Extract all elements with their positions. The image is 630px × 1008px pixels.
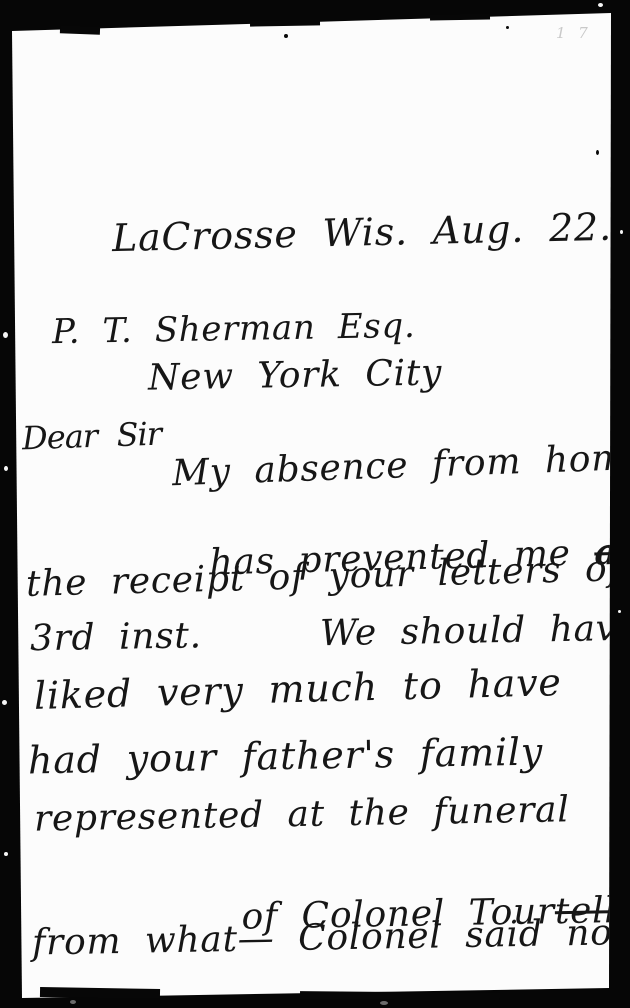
dust-speck bbox=[380, 1001, 388, 1005]
dust-speck bbox=[70, 1000, 76, 1004]
salutation: Dear Sir bbox=[21, 418, 161, 455]
torn-edge-chip bbox=[430, 13, 490, 20]
dust-speck bbox=[596, 150, 599, 155]
border-speck bbox=[3, 332, 8, 338]
border-speck bbox=[618, 610, 621, 613]
body-line-9: from what— Colonel said not— bbox=[32, 914, 630, 961]
dust-speck bbox=[506, 26, 509, 29]
letter-paper: 1 7 LaCrosse Wis. Aug. 22. 1891 P. T. Sh… bbox=[0, 0, 630, 1008]
dust-speck bbox=[284, 34, 288, 38]
handwriting-layer: LaCrosse Wis. Aug. 22. 1891 P. T. Sherma… bbox=[0, 0, 630, 1008]
torn-edge-chip bbox=[300, 991, 500, 1001]
border-speck bbox=[4, 852, 8, 856]
body-line-1: My absence from home bbox=[172, 440, 630, 493]
body-line-6: had your father's family bbox=[28, 733, 544, 780]
recipient-city-line: New York City bbox=[148, 355, 443, 396]
dateline: LaCrosse Wis. Aug. 22. 1891 bbox=[112, 205, 630, 257]
torn-edge-chip bbox=[250, 19, 320, 26]
border-speck bbox=[620, 230, 623, 234]
border-speck bbox=[4, 466, 8, 471]
body-line-5: liked very much to have bbox=[34, 663, 562, 715]
scanned-letter-page: { "scan": { "faint_corner_mark": "1 7" }… bbox=[0, 0, 630, 1008]
border-speck bbox=[598, 3, 603, 7]
body-line-7: represented at the funeral bbox=[34, 792, 570, 837]
recipient-name-line: P. T. Sherman Esq. bbox=[52, 309, 416, 349]
scan-black-border: 1 7 LaCrosse Wis. Aug. 22. 1891 P. T. Sh… bbox=[0, 0, 630, 1008]
body-line-4: 3rd inst. We should have bbox=[30, 611, 630, 658]
border-speck bbox=[2, 700, 7, 705]
torn-edge-chip bbox=[40, 987, 160, 999]
torn-edge-chip bbox=[60, 25, 100, 34]
